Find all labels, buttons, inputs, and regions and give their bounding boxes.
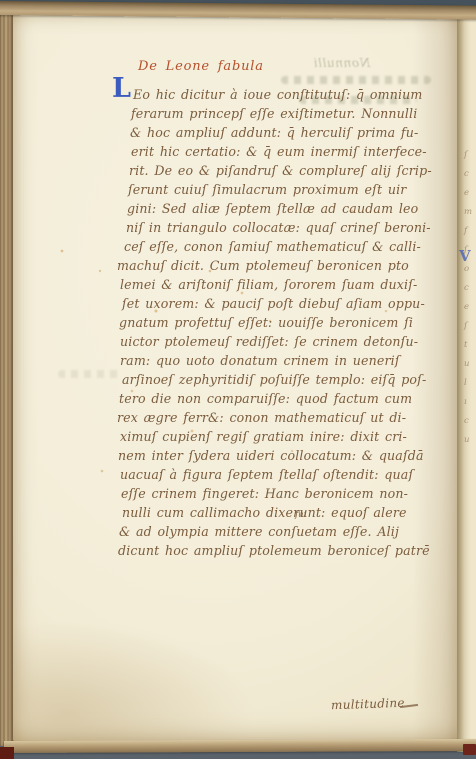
edge-fragment: u xyxy=(464,359,469,369)
edge-fragment: ſ xyxy=(464,245,467,255)
book-cover-corner-left xyxy=(0,747,14,759)
text-line: lemei & ariſtoniſ filiam, ſororem ſuam d… xyxy=(120,275,434,294)
text-line: ſerunt cuiuſ ſimulacrum proximum eſt uir xyxy=(128,180,434,199)
edge-fragment: m xyxy=(464,207,472,217)
text-line: ram: quo uoto donatum crinem in ueneriſ xyxy=(120,351,434,370)
catchword: multitudine xyxy=(331,696,405,713)
text-line: gini: Sed aliæ ſeptem ſtellæ ad caudam l… xyxy=(127,199,434,218)
book-left-fore-edge xyxy=(0,6,14,746)
text-line: uacuaſ à figura ſeptem ſtellaſ oſtendit:… xyxy=(120,465,434,484)
text-line: & hoc ampliuſ addunt: q̄ herculiſ prima … xyxy=(130,123,434,142)
edge-fragment: ſ xyxy=(464,150,467,160)
text-line: machuſ dicit. Cum ptolemeuſ beronicen pt… xyxy=(117,256,434,275)
text-line: ximuſ cupienſ regiſ gratiam inire: dixit… xyxy=(120,427,434,446)
ink-bleedthrough-smudge xyxy=(281,76,431,84)
edge-fragment: f xyxy=(464,226,467,236)
text-line: niſ in triangulo collocatæ: quaſ crineſ … xyxy=(126,218,434,237)
text-line: & ad olympia mittere conſuetam eſſe. Ali… xyxy=(119,522,434,541)
edge-fragment: u xyxy=(464,435,469,445)
text-line: arſinoeſ zephyritidiſ poſuiſſe templo: e… xyxy=(122,370,434,389)
edge-fragment: c xyxy=(464,416,469,426)
text-line: rit. De eo & piſandruſ & complureſ alij … xyxy=(129,161,434,180)
edge-fragment: ı xyxy=(464,397,467,407)
edge-fragment: e xyxy=(464,188,469,198)
edge-fragment: c xyxy=(464,169,469,179)
manuscript-photo: Nonnulli De Leone fabula L Eo hic dicitu… xyxy=(0,0,476,759)
edge-fragment: l xyxy=(464,378,467,388)
book-cover-corner-right xyxy=(463,744,476,755)
text-line: ſet uxorem: & pauciſ poſt diebuſ aſiam o… xyxy=(122,294,434,313)
text-line: ferarum princepſ eſſe exiſtimetur. Nonnu… xyxy=(131,104,434,123)
edge-fragment: t xyxy=(464,340,467,350)
interlinear-correction: fui xyxy=(295,510,306,520)
text-line: erit hic certatio: & q̄ eum inermiſ inte… xyxy=(131,142,434,161)
text-line: eſſe crinem fingeret: Hanc beronicem non… xyxy=(121,484,434,503)
edge-fragment: e xyxy=(464,302,469,312)
text-line: tero die non comparuiſſe: quod factum cu… xyxy=(119,389,434,408)
text-line: nem inter ſydera uideri collocatum: & qu… xyxy=(118,446,434,465)
manuscript-page: Nonnulli De Leone fabula L Eo hic dicitu… xyxy=(13,12,457,742)
edge-fragment: c xyxy=(464,283,469,293)
book-bottom-fore-edge xyxy=(4,739,476,753)
text-line: ceſ eſſe, conon ſamiuſ mathematicuſ & ca… xyxy=(124,237,434,256)
ink-bleedthrough-smudge xyxy=(58,370,120,378)
text-block: Eo hic dicitur à ioue conſtitutuſ: q̄ om… xyxy=(114,85,434,560)
ink-bleedthrough-word: Nonnulli xyxy=(313,56,370,70)
text-line: dicunt hoc ampliuſ ptolemeum beroniceſ p… xyxy=(118,541,434,560)
edge-fragment: o xyxy=(464,264,469,274)
chapter-heading: De Leone fabula xyxy=(138,59,264,74)
text-line: rex ægre ferr&: conon mathematicuſ ut di… xyxy=(117,408,434,427)
text-line: Eo hic dicitur à ioue conſtitutuſ: q̄ om… xyxy=(133,85,434,104)
text-line: nulli cum callimacho dixerunt: equoſ ale… xyxy=(122,503,434,522)
edge-fragment: ſ xyxy=(464,321,467,331)
next-page-edge: V ſcemfſoceſtulıcu xyxy=(457,12,476,752)
text-line: gnatum profettuſ eſſet: uouiſſe beronice… xyxy=(119,313,434,332)
text-line: uictor ptolemeuſ rediſſet: ſe crinem det… xyxy=(120,332,434,351)
